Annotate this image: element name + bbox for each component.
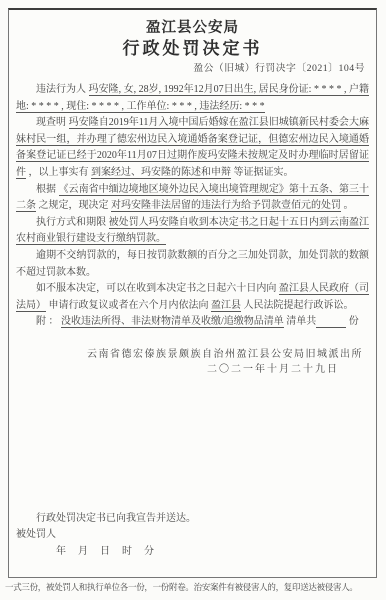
org-name-title: 盈江县公安局: [16, 18, 369, 38]
static-text: 人民法院提起行政诉讼。: [241, 300, 354, 311]
paragraph-execution: 执行方式和期限 被处罚人玛安隆自收到本决定书之日起十五日内到云南盈江农村商业银行…: [16, 215, 369, 248]
document-number: 盈公（旧城）行罚决字〔2021〕104号: [16, 62, 369, 76]
issuing-authority: 云南省德宏傣族景颇族自治州盈江县公安局旧城派出所: [16, 347, 369, 362]
paragraph-violator-info: 违法行为人 玛安隆, 女, 28岁, 1992年12月07日出生, 居民身份证:…: [16, 82, 369, 115]
document-page: { "header": { "org_title": "盈江县公安局", "do…: [0, 0, 386, 600]
filled-underlined-text: 对玛安隆非法居留的违法行为给予罚款壹佰元的处罚: [111, 200, 341, 212]
paragraph-findings: 现查明 玛安隆自2019年11月入境中国后婚嫁在盈江县旧城镇新民村委会大麻妹村民…: [16, 115, 369, 181]
filled-underlined-text: 盈江县: [211, 300, 241, 312]
date-time-blank-line: 年 月 日 时 分: [16, 544, 369, 561]
static-text: 之规定，现决定: [36, 200, 111, 211]
static-text: 根据: [36, 184, 59, 195]
document-type-title: 行政处罚决定书: [16, 38, 369, 60]
paragraph-legal-basis: 根据 《云南省中缅边境地区境外边民入境出境管理规定》第十五条、第三十二条 之规定…: [16, 182, 369, 215]
issue-date: 二〇二一年十月二十九日: [16, 362, 369, 377]
static-text: 份: [346, 316, 359, 327]
filled-underlined-text: 没收违法所得、非法财物清单及收缴/追缴物品清单: [61, 316, 284, 328]
static-text: 现查明: [36, 117, 69, 128]
paragraph-late-penalty: 逾期不交纳罚款的，每日按罚款数额的百分之三加处罚款，加处罚款的数额不超过罚款本数…: [16, 248, 369, 281]
filled-underlined-text: 到案经过、玛安隆的陈述和申辩: [91, 167, 231, 179]
static-text: 执行方式和期限: [36, 217, 109, 228]
document-body: 违法行为人 玛安隆, 女, 28岁, 1992年12月07日出生, 居民身份证:…: [16, 82, 369, 560]
penalized-person-label: 被处罚人: [16, 527, 369, 544]
static-text: 。: [341, 200, 354, 211]
static-text: 等证据证实。: [231, 167, 294, 178]
static-text: 违法行为人: [36, 84, 89, 95]
paragraph-attachment: 附 ： 没收违法所得、非法财物清单及收缴/追缴物品清单 清单共 份: [16, 314, 369, 331]
static-text: 清单共: [284, 316, 317, 327]
static-text: 逾期不交纳罚款的，每日按罚款数额的百分之三加处罚款，加处罚款的数额不超过罚款本数…: [16, 250, 369, 278]
static-text: 附 ：: [36, 316, 61, 327]
document-border-frame: 盈江县公安局 行政处罚决定书 盈公（旧城）行罚决字〔2021〕104号 违法行为…: [8, 8, 377, 578]
static-text: ，以上事实有: [26, 167, 91, 178]
static-text: 申请行政复议或者在六个月内依法向: [46, 300, 211, 311]
copies-footnote: 一式三份，被处罚人和执行单位各一份，一份附卷。治安案件有被侵害人的，复印送达被侵…: [5, 582, 384, 593]
paragraph-appeal-rights: 如不服本决定，可以在收到本决定书之日起六十日内向 盈江县人民政府（司法局） 申请…: [16, 281, 369, 314]
filled-underlined-text: [316, 316, 346, 328]
service-statement: 行政处罚决定书已向我宣告并送达。: [16, 511, 369, 528]
static-text: 如不服本决定，可以在收到本决定书之日起六十日内向: [36, 283, 279, 294]
service-acknowledgment-block: 行政处罚决定书已向我宣告并送达。 被处罚人 年 月 日 时 分: [16, 511, 369, 561]
